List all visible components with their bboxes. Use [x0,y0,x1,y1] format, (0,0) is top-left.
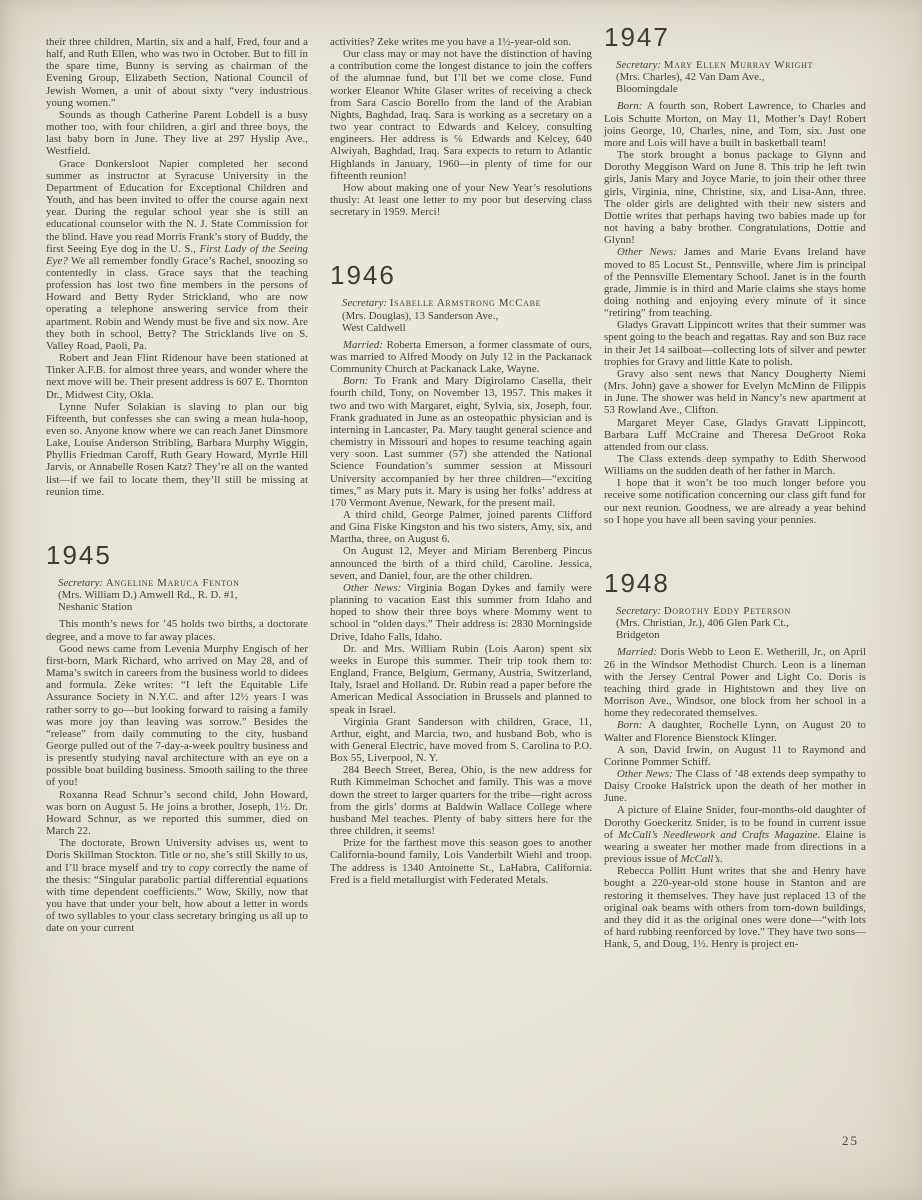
secretary-line: Secretary: Dorothy Eddy Peterson [616,605,866,617]
secretary-line: Neshanic Station [58,601,308,613]
text-run: their three children, Martin, six and a … [46,36,308,109]
class-year-heading: 1946 [330,262,592,288]
paragraph: Gladys Gravatt Lippincott writes that th… [604,319,866,368]
paragraph: Other News: Virginia Bogan Dykes and fam… [330,582,592,643]
italic-run: copy [189,862,210,874]
secretary-line: Bridgeton [616,629,866,641]
text-run: Good news came from Levenia Murphy Engis… [46,643,308,789]
text-run: activities? Zeke writes me you have a 1½… [330,36,571,48]
paragraph: Our class may or may not have the distin… [330,48,592,182]
paragraph: This month’s news for ’45 holds two birt… [46,618,308,642]
paragraph: Virginia Grant Sanderson with children, … [330,716,592,765]
text-run: The stork brought a bonus package to Gly… [604,149,866,246]
text-run: The Class extends deep sympathy to Edith… [604,453,866,477]
text-run: Dr. and Mrs. William Rubin (Lois Aaron) … [330,643,592,716]
text-run: Roxanna Read Schnur’s second child, John… [46,789,308,837]
text-run: I hope that it won’t be too much longer … [604,477,866,525]
paragraph: Roxanna Read Schnur’s second child, John… [46,789,308,838]
magazine-page: their three children, Martin, six and a … [0,0,922,1200]
text-run: On August 12, Meyer and Miriam Berenberg… [330,545,592,581]
secretary-line: Bloomingdale [616,83,866,95]
secretary-line: Secretary: Isabelle Armstrong McCabe [342,297,592,309]
text-run: Bloomingdale [616,83,678,95]
secretary-block: Secretary: Angeline Maruca Fenton(Mrs. W… [46,577,308,613]
italic-run: Born: [343,375,368,387]
paragraph: Born: A daughter, Rochelle Lynn, on Augu… [604,719,866,743]
paragraph: How about making one of your New Year’s … [330,182,592,218]
text-column-right: 1947Secretary: Mary Ellen Murray Wright(… [604,24,866,950]
text-run: A son, David Irwin, on August 11 to Raym… [604,744,866,768]
paragraph: Rebecca Pollitt Hunt writes that she and… [604,865,866,950]
paragraph: Married: Roberta Emerson, a former class… [330,339,592,375]
secretary-line: (Mrs. Charles), 42 Van Dam Ave., [616,71,866,83]
secretary-line: Secretary: Angeline Maruca Fenton [58,577,308,589]
text-run: Grace Donkersloot Napier completed her s… [46,158,308,255]
paragraph: Married: Doris Webb to Leon E. Wetherill… [604,646,866,719]
text-column-middle: activities? Zeke writes me you have a 1½… [330,36,592,886]
text-run: Gravy also sent news that Nancy Doughert… [604,368,866,416]
paragraph: Born: A fourth son, Robert Lawrence, to … [604,100,866,149]
text-run: Robert and Jean Flint Ridenour have been… [46,352,308,400]
text-run: Gladys Gravatt Lippincott writes that th… [604,319,866,367]
text-run: Bridgeton [616,629,660,641]
paragraph: their three children, Martin, six and a … [46,36,308,109]
paragraph: A picture of Elaine Snider, four-months-… [604,804,866,865]
secretary-line: (Mrs. Christian, Jr.), 406 Glen Park Ct.… [616,617,866,629]
secretary-line: (Mrs. Douglas), 13 Sanderson Ave., [342,310,592,322]
italic-run: Married: [343,339,383,351]
secretary-line: West Caldwell [342,322,592,334]
paragraph: Lynne Nufer Solakian is slaving to plan … [46,401,308,498]
paragraph: I hope that it won’t be too much longer … [604,477,866,526]
paragraph: The stork brought a bonus package to Gly… [604,149,866,246]
text-run: (Mrs. Charles), 42 Van Dam Ave., [616,71,764,83]
text-run: Virginia Grant Sanderson with children, … [330,716,592,764]
text-run: Rebecca Pollitt Hunt writes that she and… [604,865,866,950]
paragraph: Other News: James and Marie Evans Irelan… [604,246,866,319]
paragraph: On August 12, Meyer and Miriam Berenberg… [330,545,592,581]
class-year-heading: 1947 [604,24,866,50]
page-number: 25 [842,1133,859,1149]
text-run: This month’s news for ’45 holds two birt… [46,618,308,642]
paragraph: Born: To Frank and Mary Digirolamo Casel… [330,375,592,509]
paragraph: The Class extends deep sympathy to Edith… [604,453,866,477]
paragraph: Prize for the farthest move this season … [330,837,592,886]
secretary-block: Secretary: Mary Ellen Murray Wright(Mrs.… [604,59,866,95]
text-column-left: their three children, Martin, six and a … [46,36,308,934]
paragraph: Sounds as though Catherine Parent Lobdel… [46,109,308,158]
text-run: (Mrs. William D.) Amwell Rd., R. D. #1, [58,589,237,601]
italic-run: Married: [617,646,657,658]
text-run: (Mrs. Christian, Jr.), 406 Glen Park Ct.… [616,617,789,629]
paragraph: 284 Beech Street, Berea, Ohio, is the ne… [330,764,592,837]
paragraph: Robert and Jean Flint Ridenour have been… [46,352,308,401]
italic-run: Other News: [343,582,401,594]
text-run: Prize for the farthest move this season … [330,837,592,885]
paragraph: Dr. and Mrs. William Rubin (Lois Aaron) … [330,643,592,716]
smallcaps-name: Dorothy Eddy Peterson [664,605,791,617]
italic-run: Other News: [617,246,677,258]
text-run: . [720,853,723,865]
smallcaps-name: Mary Ellen Murray Wright [664,59,813,71]
text-run: To Frank and Mary Digirolamo Casella, th… [330,375,592,509]
text-run: A third child, George Palmer, joined par… [330,509,592,545]
text-run: How about making one of your New Year’s … [330,182,592,218]
text-run: (Mrs. Douglas), 13 Sanderson Ave., [342,310,498,322]
paragraph: Grace Donkersloot Napier completed her s… [46,158,308,353]
paragraph: Good news came from Levenia Murphy Engis… [46,643,308,789]
paragraph: A son, David Irwin, on August 11 to Raym… [604,744,866,768]
text-run: Our class may or may not have the distin… [330,48,592,182]
italic-run: Secretary: [342,297,390,309]
italic-run: McCall’s [681,853,720,865]
paragraph: The doctorate, Brown University advises … [46,837,308,934]
text-run: 284 Beech Street, Berea, Ohio, is the ne… [330,764,592,837]
class-year-heading: 1948 [604,570,866,596]
text-run: West Caldwell [342,322,406,334]
italic-run: Secretary: [58,577,106,589]
secretary-block: Secretary: Isabelle Armstrong McCabe(Mrs… [330,297,592,333]
smallcaps-name: Angeline Maruca Fenton [106,577,240,589]
italic-run: Born: [617,100,642,112]
text-run: Sounds as though Catherine Parent Lobdel… [46,109,308,157]
paragraph: Margaret Meyer Case, Gladys Gravatt Lipp… [604,417,866,453]
italic-run: Secretary: [616,605,664,617]
italic-run: Other News: [617,768,673,780]
secretary-block: Secretary: Dorothy Eddy Peterson(Mrs. Ch… [604,605,866,641]
text-run: Lynne Nufer Solakian is slaving to plan … [46,401,308,498]
text-run: We all remember fondly Grace’s Rachel, s… [46,255,308,352]
class-year-heading: 1945 [46,542,308,568]
italic-run: McCall’s Needlework and Crafts Magazine [618,829,817,841]
secretary-line: (Mrs. William D.) Amwell Rd., R. D. #1, [58,589,308,601]
italic-run: Secretary: [616,59,664,71]
secretary-line: Secretary: Mary Ellen Murray Wright [616,59,866,71]
paragraph: A third child, George Palmer, joined par… [330,509,592,545]
text-run: Margaret Meyer Case, Gladys Gravatt Lipp… [604,417,866,453]
paragraph: Gravy also sent news that Nancy Doughert… [604,368,866,417]
paragraph: activities? Zeke writes me you have a 1½… [330,36,592,48]
text-run: Neshanic Station [58,601,132,613]
text-run: A fourth son, Robert Lawrence, to Charle… [604,100,866,148]
text-run: A daughter, Rochelle Lynn, on August 20 … [604,719,866,743]
paragraph: Other News: The Class of ’48 extends dee… [604,768,866,804]
italic-run: Born: [617,719,642,731]
smallcaps-name: Isabelle Armstrong McCabe [390,297,541,309]
